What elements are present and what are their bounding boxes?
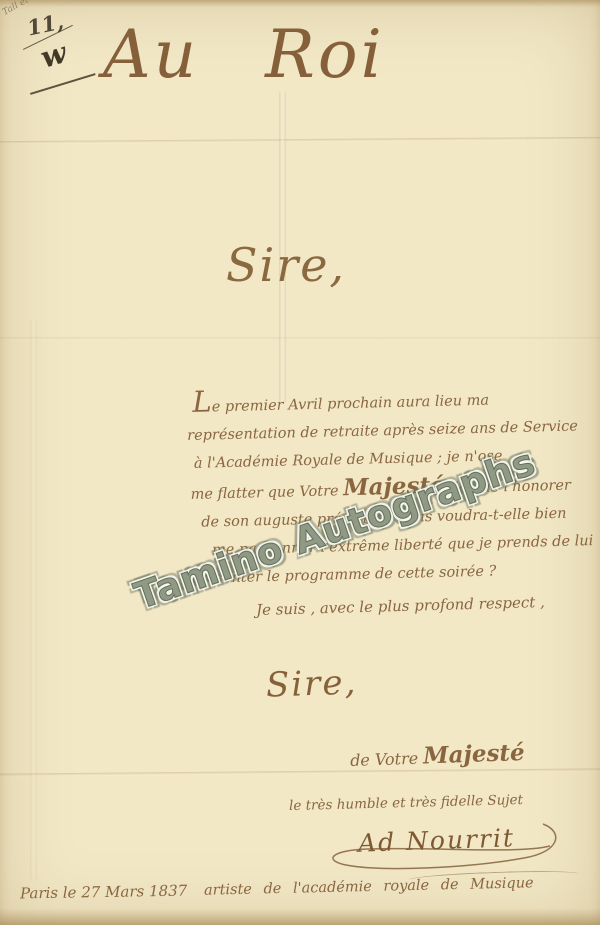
closing-subject-line: le très humble et très fidelle Sujet — [289, 792, 523, 814]
signature: Ad Nourrit — [358, 823, 516, 857]
fold-crease-bottom — [0, 768, 600, 776]
letter-heading: Au Roi — [103, 16, 385, 93]
letter-page: Tall et sort 11, w Au Roi Sire, Le premi… — [0, 0, 600, 925]
valediction-line: Je suis , avec le plus profond respect , — [256, 593, 545, 619]
ink-paraph: w — [37, 35, 70, 75]
ink-paraph-underline — [30, 73, 96, 95]
page-edge-bottom — [0, 908, 600, 925]
body-line-4-pre: me flatter que Votre — [190, 483, 343, 503]
salutation: Sire, — [226, 238, 346, 292]
place-date: Paris le 27 Mars 1837 — [20, 882, 188, 903]
closing-votre-text: de Votre — [350, 748, 424, 770]
closing-votre-majeste: de Votre Majesté — [350, 739, 526, 772]
closing-salutation: Sire, — [265, 662, 358, 705]
fold-crease-top — [0, 137, 600, 144]
page-edge-top — [0, 0, 600, 7]
fold-crease-left — [30, 320, 37, 880]
closing-majeste-emphasis: Majesté — [423, 739, 525, 770]
writer-title-line: artiste de l'académie royale de Musique — [204, 875, 534, 898]
fold-crease-middle — [0, 337, 600, 340]
